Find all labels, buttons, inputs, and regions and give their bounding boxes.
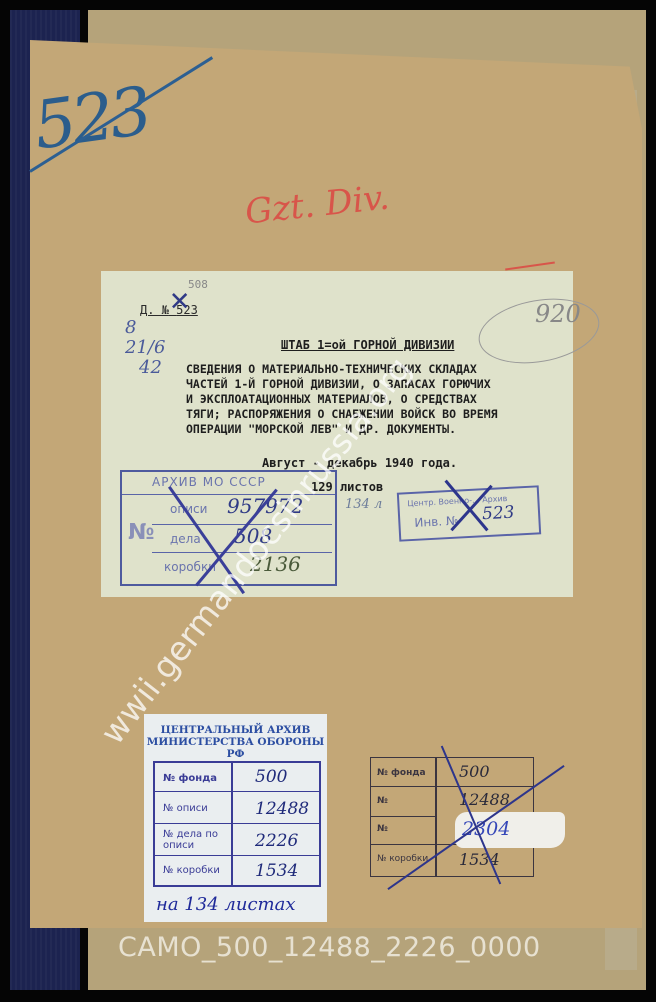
margin-note: 42: [125, 358, 165, 378]
cams-header: ЦЕНТРАЛЬНЫЙ АРХИВ МИНИСТЕРСТВА ОБОРОНЫ Р…: [144, 724, 327, 760]
case-prefix: Д. №: [140, 303, 169, 317]
label-central-archive: ЦЕНТРАЛЬНЫЙ АРХИВ МИНИСТЕРСТВА ОБОРОНЫ Р…: [144, 714, 327, 922]
table-divider: [371, 786, 533, 787]
br-value: 500: [459, 762, 490, 781]
cams-value-opisi: 12488: [255, 799, 309, 819]
pencil-note: 920: [535, 300, 581, 328]
handwritten-margin-notes: 8 21/6 42: [125, 318, 165, 378]
table-divider: [371, 816, 435, 817]
cams-label-fond: № фонда: [163, 773, 217, 784]
number-sign: №: [128, 520, 154, 545]
case-old-number: 508: [188, 278, 208, 291]
table-divider: [231, 763, 233, 885]
cams-value-fond: 500: [255, 767, 287, 787]
handwritten-blue-number: 523: [29, 72, 153, 164]
table-divider: [155, 823, 319, 824]
sheets-handwritten: 134 л: [345, 497, 382, 512]
cross-out-mark-icon: ✕: [170, 280, 189, 318]
table-divider: [155, 855, 319, 856]
table-divider: [435, 758, 437, 876]
document-title: ШТАБ 1=ой ГОРНОЙ ДИВИЗИИ: [281, 338, 454, 352]
margin-note: 21/6: [125, 338, 165, 358]
cams-label-korobki: № коробки: [163, 865, 220, 876]
br-label: № коробки: [377, 854, 428, 864]
date-range: Август - декабрь 1940 года.: [262, 456, 457, 470]
cams-header-line: МИНИСТЕРСТВА ОБОРОНЫ РФ: [144, 736, 327, 760]
br-label: № фонда: [377, 768, 426, 778]
stamp-inv-value: 523: [482, 503, 515, 525]
table-divider: [155, 791, 319, 792]
br-label: №: [377, 824, 388, 834]
cams-sheets-handwritten: на 134 листах: [156, 894, 295, 915]
cams-value-korobki: 1534: [255, 861, 298, 881]
cams-table: № фонда 500 № описи 12488 № дела по опис…: [153, 761, 321, 887]
cams-label-dela: № дела по описи: [163, 829, 225, 851]
br-label: №: [377, 796, 388, 806]
cams-value-dela: 2226: [255, 831, 298, 851]
file-id-caption: CAMO_500_12488_2226_0000: [118, 932, 541, 963]
stamp-label-dela: дела: [170, 532, 201, 546]
stamp-inventory: Центр. Военно-... Архив Инв. № 523: [397, 485, 541, 541]
cams-header-line: ЦЕНТРАЛЬНЫЙ АРХИВ: [144, 724, 327, 736]
margin-note: 8: [125, 318, 165, 338]
cams-label-opisi: № описи: [163, 803, 208, 814]
